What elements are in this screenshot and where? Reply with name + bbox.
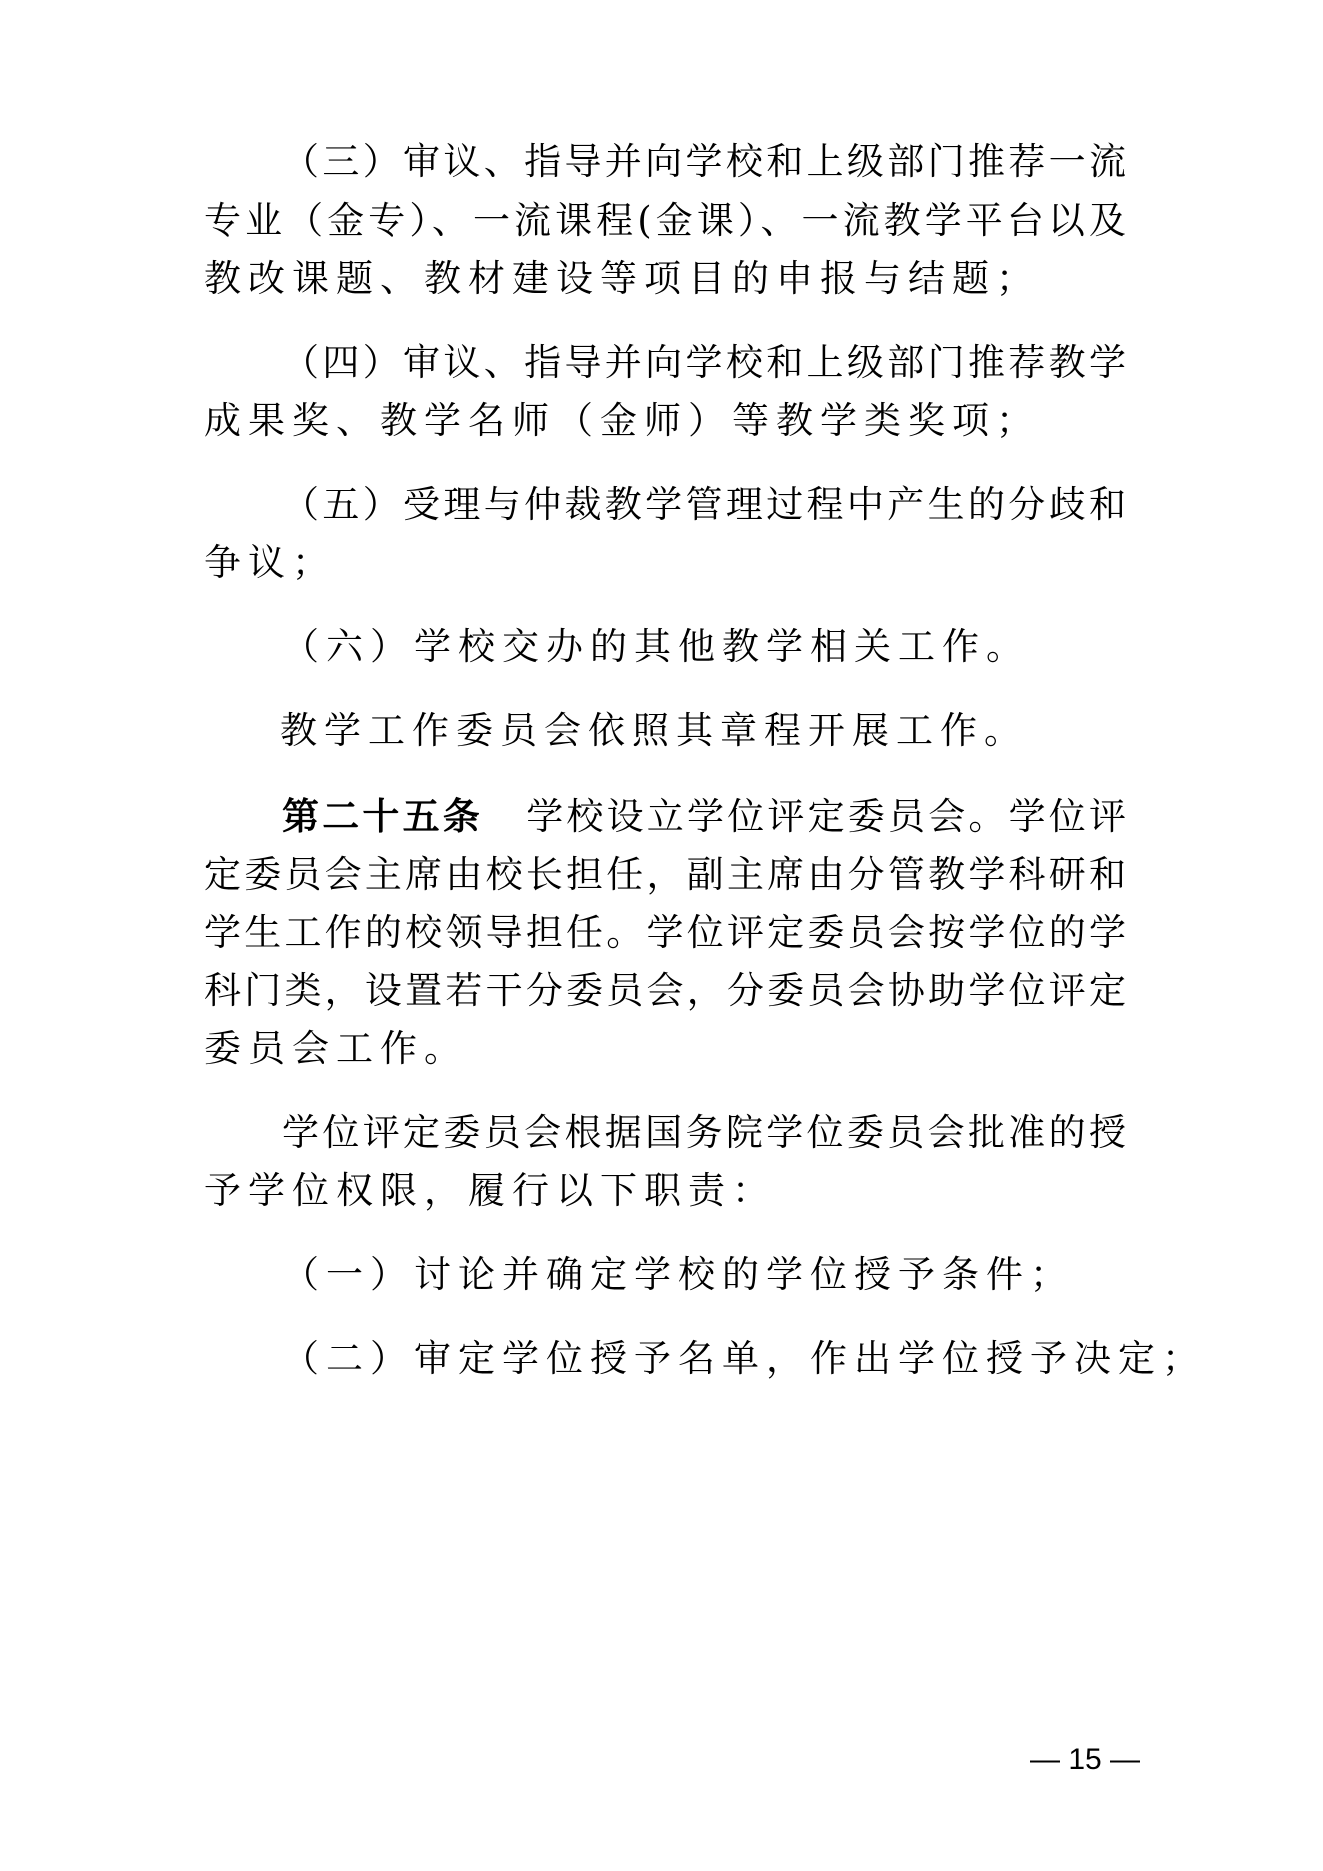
degree-committee-line-1: 学位评定委员会根据国务院学位委员会批准的授	[282, 1108, 1126, 1158]
page-number: — 15 —	[1030, 1742, 1140, 1778]
article-25-line-3: 学生工作的校领导担任。学位评定委员会按学位的学	[204, 908, 1126, 958]
article-25-line-4: 科门类，设置若干分委员会，分委员会协助学位评定	[204, 966, 1126, 1016]
paragraph-4-line-2: 成果奖、教学名师（金师）等教学类奖项；	[204, 396, 1126, 446]
paragraph-3-line-3: 教改课题、教材建设等项目的申报与结题；	[204, 254, 1126, 304]
document-page: （三）审议、指导并向学校和上级部门推荐一流 专业（金专）、一流课程(金课）、一流…	[0, 0, 1323, 1871]
article-25-line-1: 第二十五条学校设立学位评定委员会。学位评	[282, 792, 1126, 842]
teaching-committee-line: 教学工作委员会依照其章程开展工作。	[280, 706, 1202, 756]
paragraph-6-line-1: （六）学校交办的其他教学相关工作。	[282, 622, 1126, 672]
paragraph-3-line-1: （三）审议、指导并向学校和上级部门推荐一流	[282, 137, 1126, 187]
duty-1-line: （一）讨论并确定学校的学位授予条件；	[282, 1250, 1126, 1300]
paragraph-3-line-2: 专业（金专）、一流课程(金课）、一流教学平台以及	[204, 196, 1126, 246]
article-25-line-2: 定委员会主席由校长担任，副主席由分管教学科研和	[204, 850, 1126, 900]
paragraph-4-line-1: （四）审议、指导并向学校和上级部门推荐教学	[282, 338, 1126, 388]
paragraph-5-line-1: （五）受理与仲裁教学管理过程中产生的分歧和	[282, 480, 1126, 530]
article-25-text-1: 学校设立学位评定委员会。学位评	[523, 795, 1126, 838]
paragraph-5-line-2: 争议；	[204, 538, 1126, 588]
article-label: 第二十五条	[282, 795, 483, 838]
degree-committee-line-2: 予学位权限，履行以下职责：	[204, 1166, 1126, 1216]
article-25-line-5: 委员会工作。	[204, 1024, 1126, 1074]
duty-2-line: （二）审定学位授予名单，作出学位授予决定；	[282, 1334, 1126, 1384]
